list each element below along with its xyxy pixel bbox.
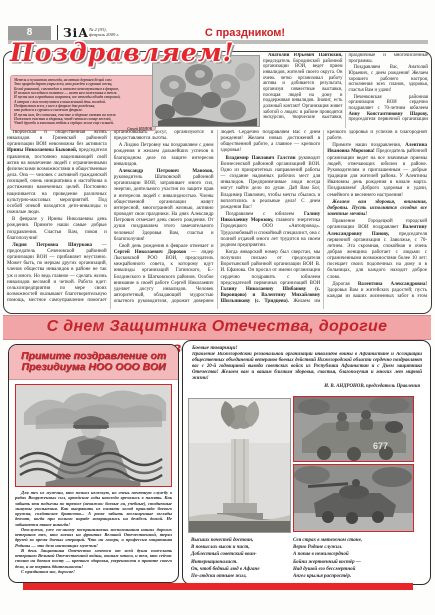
paragraph: С праздником вас, дорогие! [15, 569, 172, 574]
paragraph: А Лидию Петровну мы поздравляем с днем р… [114, 143, 214, 168]
bmp-photo [293, 464, 414, 532]
veterans-poem-right: Сея страх в мятежном стане,Верно Родине … [293, 537, 421, 580]
issue-date: февраль 2009 г. [89, 32, 119, 37]
veterans-poem-left: Высших почестей достоин,В помыслах высок… [191, 537, 289, 580]
apc-photo-number: 677 [373, 441, 388, 451]
poem-line: Высших почестей достоин, [191, 537, 289, 544]
paragraph: В феврале у Ирины Николаевны день рожден… [7, 217, 107, 242]
poem-line: Сея страх в мятежном стане, [293, 537, 421, 544]
poem-box: Метель и пушистая непогода, на ветках де… [10, 75, 156, 131]
paragraph: В день Защитника Отечества хочется от вс… [15, 548, 172, 569]
bmp-photo-art [294, 465, 413, 531]
issue-info: № 2 (93), февраль 2009 г. [89, 27, 119, 38]
bottom-red-bar [23, 583, 413, 590]
paragraph: Поздравляем Вас, Анатолий Юрьевич, с дне… [349, 65, 429, 93]
paragraph: Поздравляем с юбилеем Галину Николаевну … [221, 212, 321, 249]
veterans-message: Правление Нижегородской региональной орг… [192, 352, 422, 384]
soldier-poster-art [16, 385, 171, 486]
poem-line: Над душой его бессмертной [293, 566, 421, 573]
presidium-title-line2: Президиума НОО ООО ВОИ [9, 362, 178, 374]
poem-lines: Метель и пушистая непогода, на ветках де… [14, 78, 152, 126]
soldier-poster-image [15, 384, 172, 487]
poem-line: Верно Родине служил. [293, 544, 421, 551]
paragraph: Для тех из мужчин, кто познал нелегкую, … [15, 490, 172, 527]
monument-photo-art [189, 399, 290, 532]
greeting-title: Поздравляем! [10, 38, 235, 67]
apc-photo [293, 396, 414, 462]
paragraph: Желаем вам здоровья, внимания, доброты. … [327, 200, 427, 218]
poem-line: Доблестный советский воин- [191, 551, 289, 558]
poem-line: Он, чтоб бедный люд в Афгане [191, 566, 289, 573]
greeting-top-columns: Анатолий Юрьевич Пантюхин, председатель … [263, 53, 428, 128]
paragraph: Примите наши поздравления, Алевтина Иван… [327, 143, 427, 198]
veterans-salutation: Боевые товарищи! [192, 345, 238, 351]
paragraph: Отслужив, уже по-иному воспринимаешь вос… [15, 527, 172, 548]
paragraph: Правление Городецкой городской организац… [327, 219, 427, 281]
veterans-signature: И. В. АНДРОНОВ, председатель Правления [324, 384, 420, 389]
poem-line: В помыслах высок и чист, [191, 544, 289, 551]
poem-line: А попав в немилосердной [293, 551, 421, 558]
paragraph: Творческая и общественная жизнь инвалидо… [7, 130, 107, 216]
paragraph: Александр Петрович Манохов, руководитель… [114, 169, 214, 243]
holiday-banner: С днем Защитника Отечества, дорогие вете… [3, 315, 431, 340]
newspaper-page: 8 ЗіА № 2 (93), февраль 2009 г. С праздн… [0, 0, 435, 615]
poem-line: Бойни жертвенный костёр — [293, 559, 421, 566]
paragraph: Владимир Павлович Галстян руководит Возн… [221, 156, 321, 211]
presidium-title: Примите поздравление от Президиума НОО О… [9, 345, 178, 380]
poem-line: По-людски отныне жил, [191, 573, 289, 580]
presidium-box: Примите поздравление от Президиума НОО О… [8, 344, 179, 583]
poem-line: Чтоб дружба и взаимная любовь в сердцах … [14, 121, 152, 125]
poem-line: Интернационалист. [191, 559, 289, 566]
presidium-text: Для тех из мужчин, кто познал нелегкую, … [15, 490, 172, 578]
monument-photo [188, 398, 291, 533]
greeting-main-columns: Творческая и общественная жизнь инвалидо… [7, 130, 427, 309]
apc-photo-art [294, 397, 413, 461]
veterans-box: Боевые товарищи! Правление Нижегородской… [182, 340, 431, 585]
poem-line: Ангел крылья распростёр. [293, 573, 421, 580]
